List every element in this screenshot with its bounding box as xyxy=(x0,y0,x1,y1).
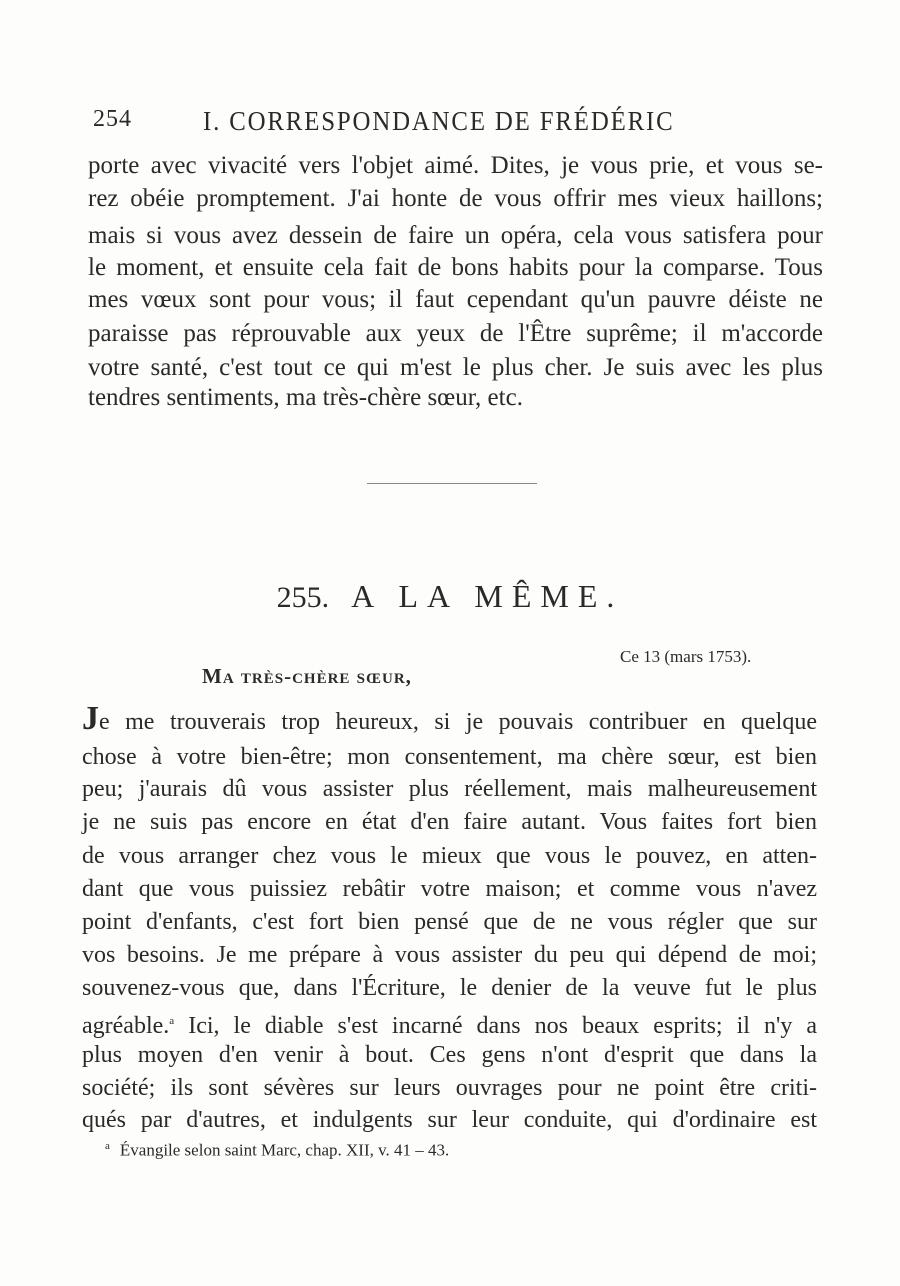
letter-dateline: Ce 13 (mars 1753). xyxy=(620,647,751,667)
text-line-last: tendres sentiments, ma très-chère sœur, … xyxy=(88,382,823,414)
text-line: vos besoins. Je me prépare à vous assist… xyxy=(82,939,817,971)
text-line: chose à votre bien-être; mon consentemen… xyxy=(82,741,817,773)
text-line: rez obéie promptement. J'ai honte de vou… xyxy=(88,183,823,215)
text-line: de vous arranger chez vous le mieux que … xyxy=(82,840,817,872)
letter-salutation: Ma très-chère sœur, xyxy=(202,664,412,689)
text-line-with-footnote-ref: agréable.a Ici, le diable s'est incarné … xyxy=(82,1005,817,1037)
text-before-ref: agréable. xyxy=(82,1013,169,1039)
text-line: qués par d'autres, et indulgents sur leu… xyxy=(82,1104,817,1136)
text-line: société; ils sont sévères sur leurs ouvr… xyxy=(82,1072,817,1104)
footnote-text: Évangile selon saint Marc, chap. XII, v.… xyxy=(120,1141,449,1160)
text-line: dant que vous puissiez rebâtir votre mai… xyxy=(82,873,817,905)
first-text-line: Je me trouverais trop heureux, si je pou… xyxy=(82,706,817,738)
drop-cap: J xyxy=(82,700,99,737)
text-line: point d'enfants, c'est fort bien pensé q… xyxy=(82,906,817,938)
text-line: votre santé, c'est tout ce qui m'est le … xyxy=(88,352,823,384)
footnote: aÉvangile selon saint Marc, chap. XII, v… xyxy=(105,1140,449,1161)
section-divider xyxy=(367,483,537,484)
letter-number: 255. xyxy=(277,581,330,614)
running-head: 254 I. CORRESPONDANCE DE FRÉDÉRIC xyxy=(93,106,833,140)
text-line: plus moyen d'en venir à bout. Ces gens n… xyxy=(82,1039,817,1071)
text-line: mes vœux sont pour vous; il faut cependa… xyxy=(88,284,823,316)
text-line: souvenez-vous que, dans l'Écriture, le d… xyxy=(82,972,817,1004)
text-after-ref: Ici, le diable s'est incarné dans nos be… xyxy=(174,1013,817,1039)
first-line-text: e me trouverais trop heureux, si je pouv… xyxy=(99,709,817,735)
text-line: mais si vous avez dessein de faire un op… xyxy=(88,220,823,252)
text-line: le moment, et ensuite cela fait de bons … xyxy=(88,252,823,284)
letter-title: A LA MÊME. xyxy=(351,578,623,614)
running-title: I. CORRESPONDANCE DE FRÉDÉRIC xyxy=(203,106,675,137)
page-number: 254 xyxy=(93,106,132,133)
letter-heading: 255.A LA MÊME. xyxy=(0,578,900,615)
text-line: porte avec vivacité vers l'objet aimé. D… xyxy=(88,150,823,182)
text-line: paraisse pas réprouvable aux yeux de l'Ê… xyxy=(88,318,823,350)
footnote-mark: a xyxy=(105,1140,110,1152)
text-line: je ne suis pas encore en état d'en faire… xyxy=(82,806,817,838)
text-line: peu; j'aurais dû vous assister plus réel… xyxy=(82,773,817,805)
